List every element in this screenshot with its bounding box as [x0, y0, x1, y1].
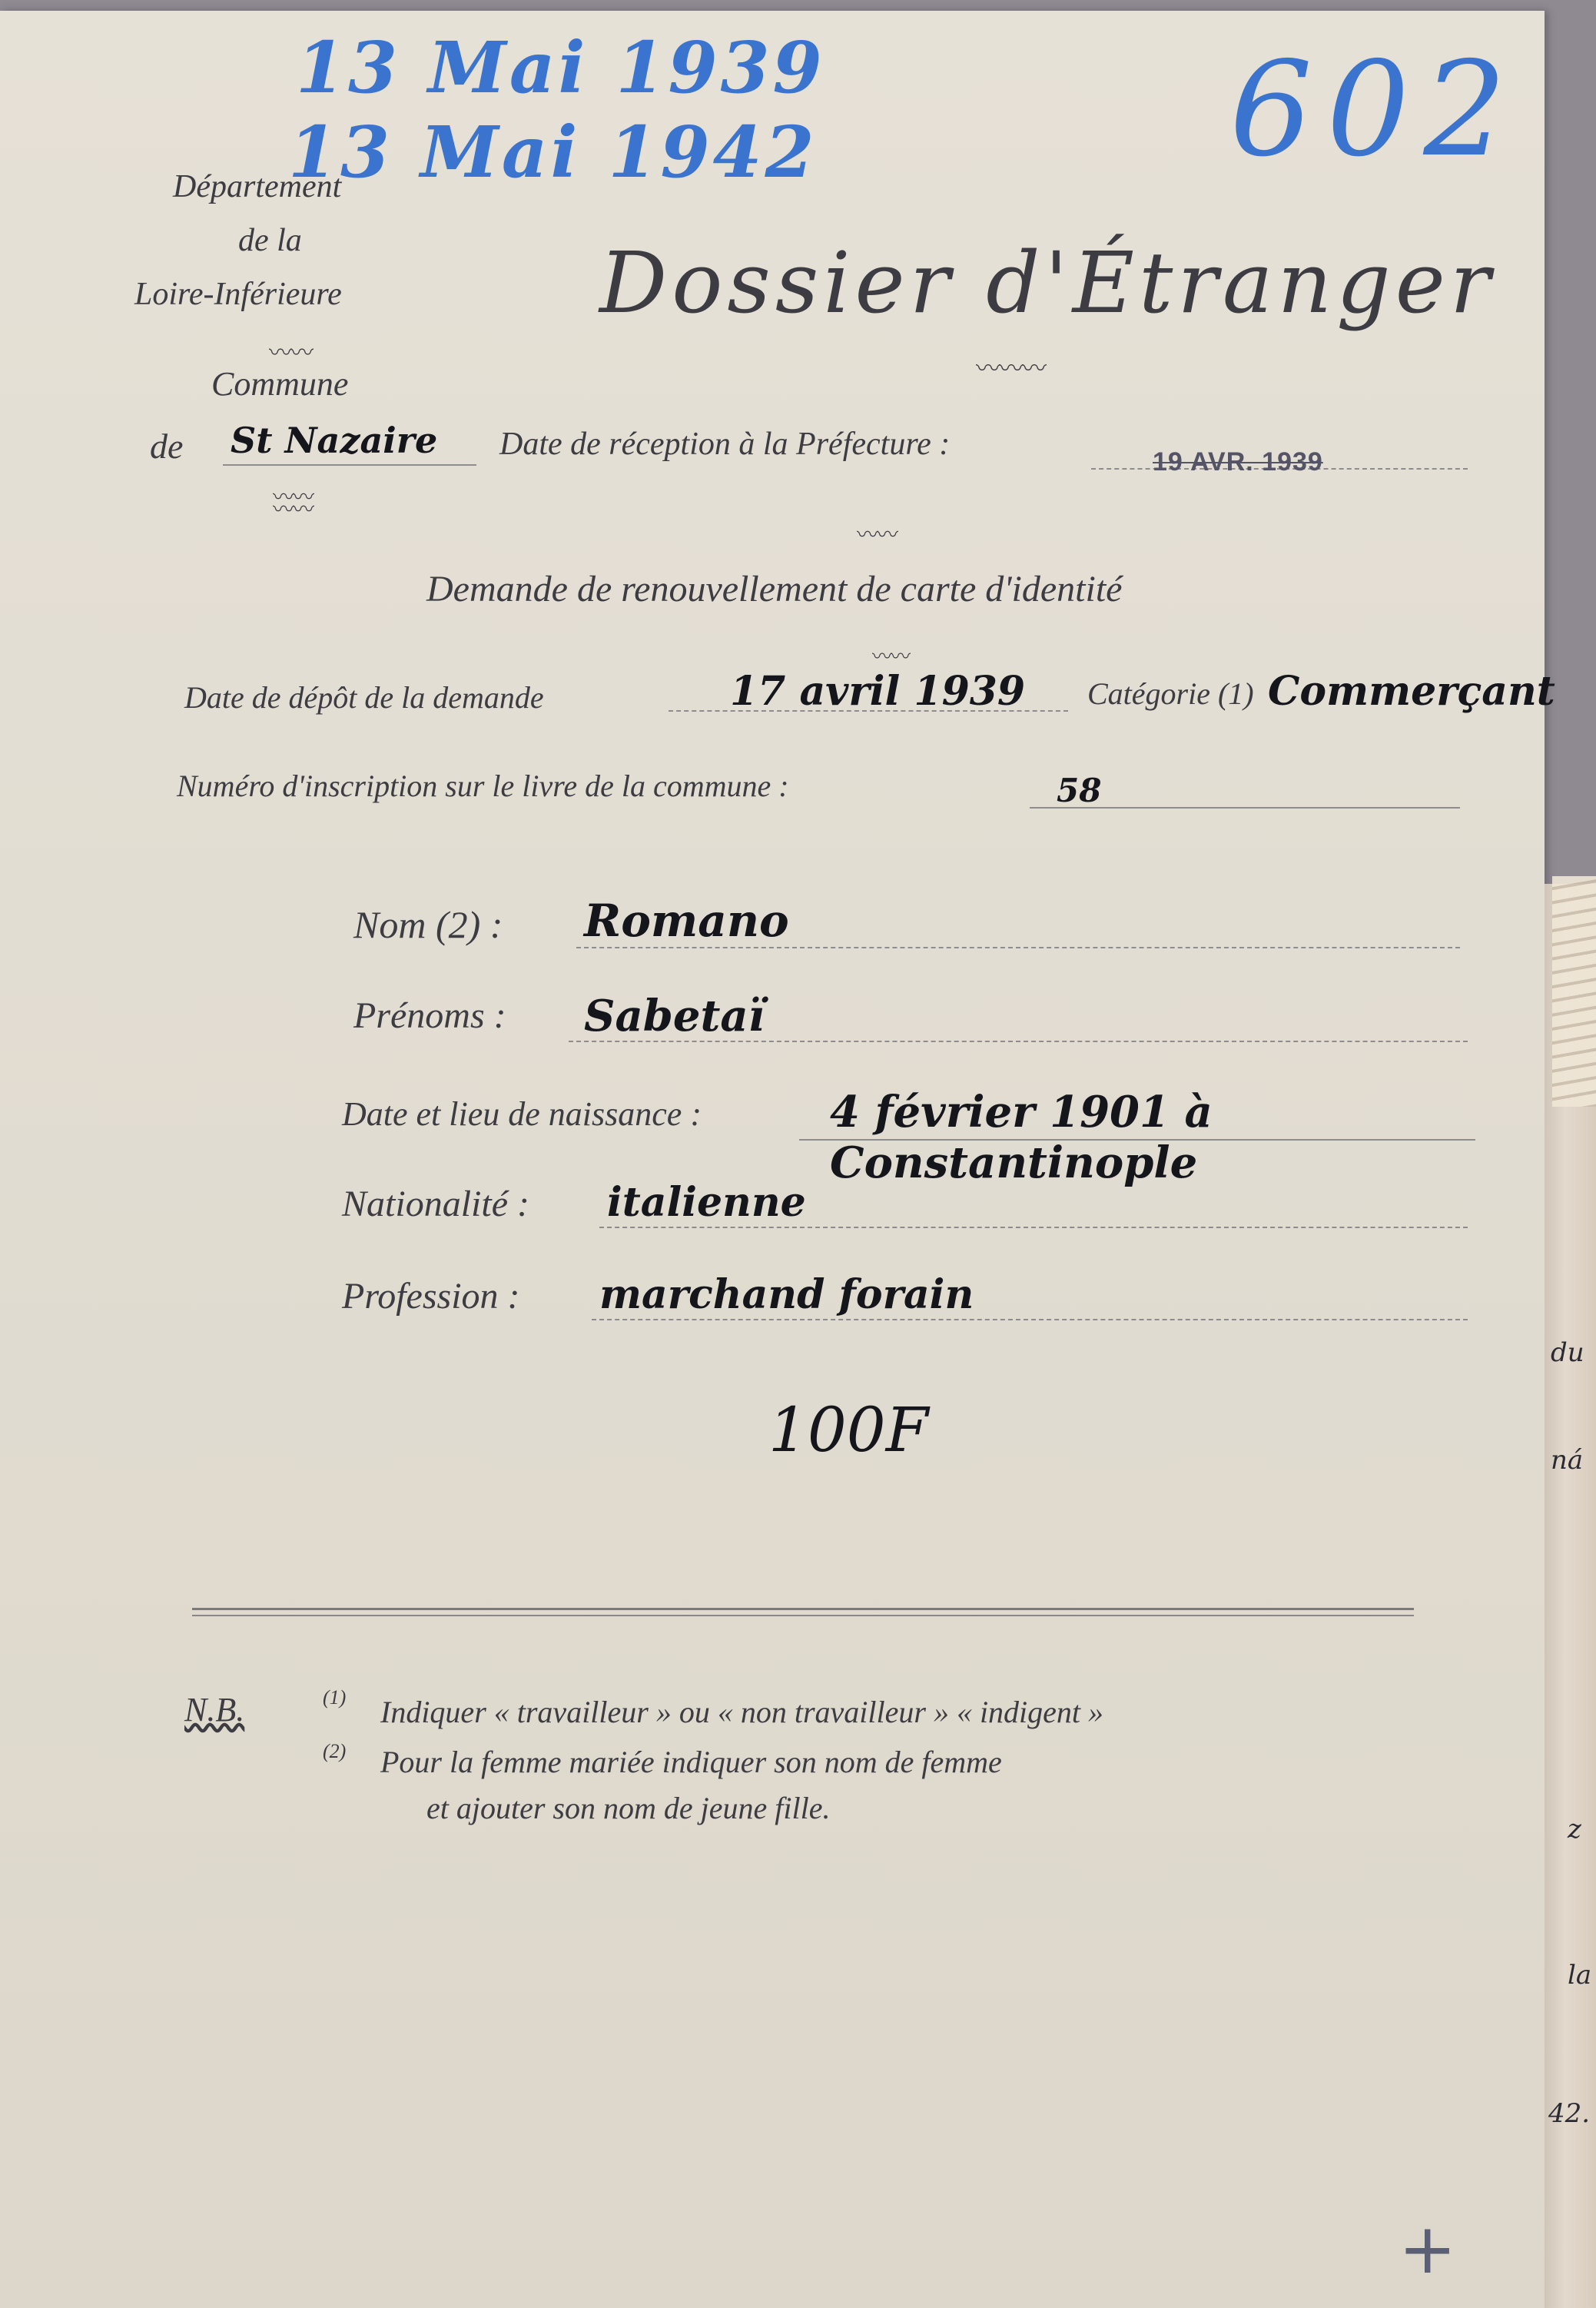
departement-de-la: de la — [238, 222, 302, 259]
nom-line — [576, 947, 1460, 948]
note-1-text: Indiquer « travailleur » ou « non travai… — [380, 1694, 1103, 1730]
fee-value: 100F — [768, 1394, 928, 1466]
nom-label: Nom (2) : — [353, 902, 503, 947]
subtitle-squiggle: 〰〰 — [872, 641, 909, 669]
file-number: 602 — [1229, 34, 1520, 186]
side-fragment: du — [1551, 1337, 1584, 1368]
side-fragment: la — [1568, 1960, 1591, 1991]
annotation-date-1939: 13 Mai 1939 — [296, 26, 825, 109]
title-squiggle: 〰〰〰 — [976, 349, 1045, 384]
categorie-label: Catégorie (1) — [1087, 676, 1254, 712]
profession-line — [592, 1319, 1468, 1320]
nationalite-value: italienne — [607, 1179, 806, 1226]
naissance-value: 4 février 1901 à Constantinople — [830, 1087, 1545, 1188]
note-1-marker: (1) — [323, 1686, 346, 1709]
commune-label: Commune — [211, 364, 348, 403]
categorie-value: Commerçant — [1268, 668, 1555, 715]
divider-squiggle: 〰〰 — [269, 334, 312, 367]
nom-value: Romano — [584, 895, 789, 947]
side-fragment: ná — [1551, 1445, 1583, 1476]
profession-value: marchand forain — [599, 1271, 974, 1318]
commune-prefix: de — [150, 426, 183, 467]
naissance-line — [799, 1139, 1475, 1141]
annotation-date-1942: 13 Mai 1942 — [288, 111, 818, 194]
reception-stamp: 19 AVR. 1939 — [1153, 447, 1323, 477]
reception-squiggle: 〰〰 — [857, 518, 897, 549]
cross-mark: + — [1399, 2209, 1456, 2290]
nationalite-line — [599, 1227, 1468, 1228]
side-fragment: z — [1568, 1814, 1581, 1845]
torn-paper-edge — [1552, 876, 1596, 1107]
naissance-label: Date et lieu de naissance : — [342, 1094, 702, 1134]
inscription-label: Numéro d'inscription sur le livre de la … — [177, 768, 789, 804]
divider-squiggle-double: 〰〰〰〰 — [273, 491, 313, 516]
document-title: Dossier d'Étranger — [599, 234, 1495, 332]
inscription-value: 58 — [1057, 772, 1101, 809]
request-subtitle: Demande de renouvellement de carte d'ide… — [426, 568, 1122, 610]
profession-label: Profession : — [342, 1275, 520, 1317]
depot-label: Date de dépôt de la demande — [184, 679, 544, 716]
reception-label: Date de réception à la Préfecture : — [499, 426, 950, 463]
commune-value: St Nazaire — [231, 420, 437, 461]
side-fragment: 42. — [1548, 2098, 1590, 2129]
commune-underline — [223, 464, 476, 466]
prenoms-value: Sabetaï — [584, 991, 765, 1041]
departement-label: Département — [173, 168, 341, 205]
footer-divider — [192, 1608, 1414, 1616]
note-2-line-2: et ajouter son nom de jeune fille. — [426, 1790, 830, 1826]
note-2-marker: (2) — [323, 1740, 346, 1763]
depot-value: 17 avril 1939 — [730, 668, 1025, 715]
departement-name: Loire-Inférieure — [134, 276, 342, 313]
nationalite-label: Nationalité : — [342, 1183, 529, 1225]
document-page: 13 Mai 1939 13 Mai 1942 602 Département … — [0, 11, 1545, 2308]
prenoms-line — [569, 1041, 1468, 1042]
nb-label: N.B. — [184, 1690, 244, 1729]
note-2-line-1: Pour la femme mariée indiquer son nom de… — [380, 1744, 1002, 1780]
prenoms-label: Prénoms : — [353, 995, 506, 1037]
